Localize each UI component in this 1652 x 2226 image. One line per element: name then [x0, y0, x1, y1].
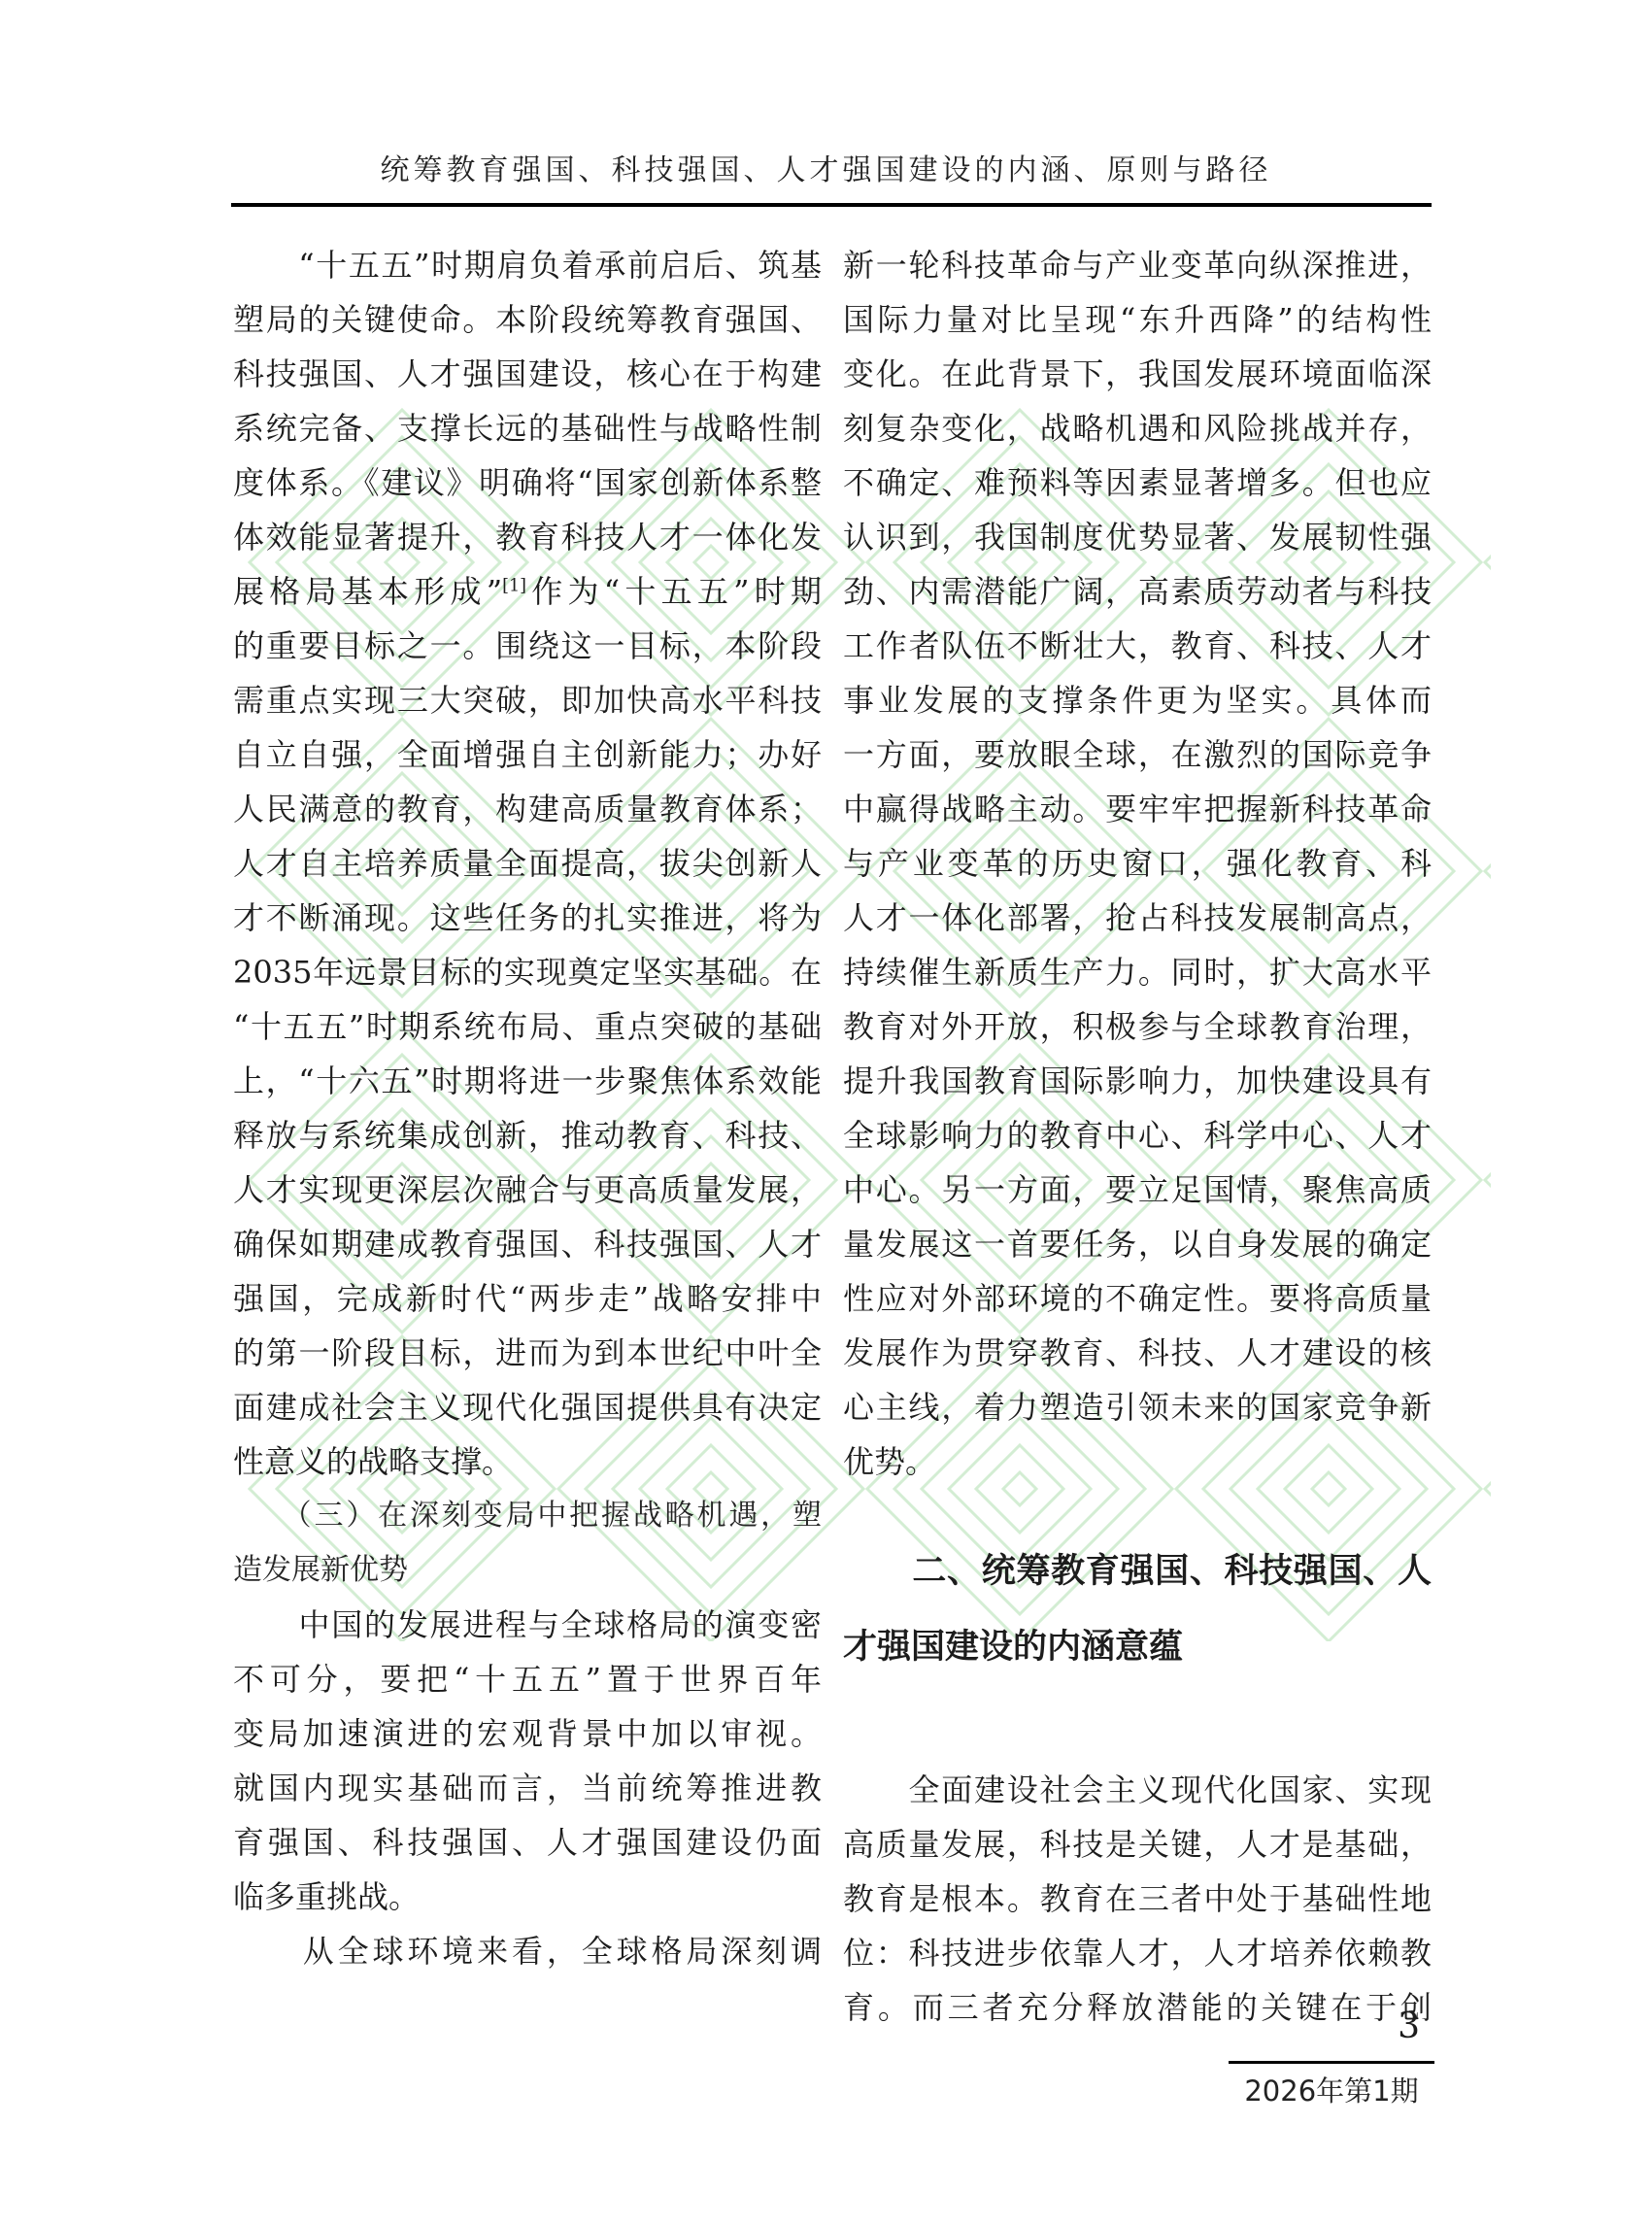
text-line: 面建成社会主义现代化强国提供具有决定 — [233, 1380, 822, 1434]
text-line: 的重要目标之一。围绕这一目标，本阶段 — [233, 619, 822, 673]
text-line: 临多重挑战。 — [233, 1870, 822, 1924]
text-line: 工作者队伍不断壮大，教育、科技、人才 — [843, 619, 1432, 673]
text-line: 就国内现实基础而言，当前统筹推进教 — [233, 1761, 822, 1815]
paragraph-gap — [843, 1685, 1432, 1763]
text-line: 上，“十六五”时期将进一步聚焦体系效能 — [233, 1054, 822, 1108]
text-line: 科技强国、人才强国建设，核心在于构建 — [233, 347, 822, 401]
text-line: 人才实现更深层次融合与更高质量发展， — [233, 1163, 822, 1217]
text-line: 与产业变革的历史窗口，强化教育、科技、 — [843, 836, 1432, 891]
text-line: 提升我国教育国际影响力，加快建设具有 — [843, 1054, 1432, 1108]
text-line: 确保如期建成教育强国、科技强国、人才 — [233, 1217, 822, 1271]
text-line: 人才一体化部署，抢占科技发展制高点， — [843, 891, 1432, 945]
paragraph-gap — [843, 1489, 1432, 1534]
text-line: 持续催生新质生产力。同时，扩大高水平 — [843, 945, 1432, 999]
text-line: 变局加速演进的宏观背景中加以审视。 — [233, 1706, 822, 1761]
text-line: 心主线，着力塑造引领未来的国家竞争新 — [843, 1380, 1432, 1434]
page: 统筹教育强国、科技强国、人才强国建设的内涵、原则与路径 “十五五”时期肩负着承前… — [0, 0, 1652, 2226]
text-line: 认识到，我国制度优势显著、发展韧性强 — [843, 510, 1432, 564]
text-line: 新一轮科技革命与产业变革向纵深推进， — [843, 238, 1432, 292]
footnote-marker: [1] — [502, 576, 526, 595]
text-line: 全球影响力的教育中心、科学中心、人才 — [843, 1108, 1432, 1163]
text-line: 中国的发展进程与全球格局的演变密 — [233, 1598, 822, 1652]
text-line: 的第一阶段目标，进而为到本世纪中叶全 — [233, 1326, 822, 1380]
header-rule — [231, 203, 1432, 207]
text-line: 2035年远景目标的实现奠定坚实基础。在 — [233, 945, 822, 999]
text-line: 刻复杂变化，战略机遇和风险挑战并存， — [843, 401, 1432, 455]
text-line: 性意义的战略支撑。 — [233, 1434, 822, 1489]
issue-label: 2026年第1期 — [1214, 2071, 1449, 2111]
text-line: 一方面，要放眼全球，在激烈的国际竞争 — [843, 727, 1432, 782]
text-line: 变化。在此背景下，我国发展环境面临深 — [843, 347, 1432, 401]
text-line: 教育是根本。教育在三者中处于基础性地 — [843, 1872, 1432, 1926]
text-line: 造发展新优势 — [233, 1543, 822, 1598]
page-header-title: 统筹教育强国、科技强国、人才强国建设的内涵、原则与路径 — [0, 146, 1652, 188]
text-line: 体效能显著提升，教育科技人才一体化发 — [233, 510, 822, 564]
text-line: 人民满意的教育，构建高质量教育体系； — [233, 782, 822, 836]
text-line: 不确定、难预料等因素显著增多。但也应 — [843, 455, 1432, 510]
text-line: 劲、内需潜能广阔，高素质劳动者与科技 — [843, 564, 1432, 619]
text-line: 量发展这一首要任务，以自身发展的确定 — [843, 1217, 1432, 1271]
text-line: （三）在深刻变局中把握战略机遇，塑 — [233, 1489, 822, 1543]
text-line: 二、统筹教育强国、科技强国、人 — [843, 1534, 1432, 1609]
text-line: 塑局的关键使命。本阶段统筹教育强国、 — [233, 292, 822, 347]
text-line: 发展作为贯穿教育、科技、人才建设的核 — [843, 1326, 1432, 1380]
text-line: 不可分，要把“十五五”置于世界百年 — [233, 1652, 822, 1706]
text-line: 展格局基本形成”[1]作为“十五五”时期 — [233, 564, 822, 619]
text-line: 中心。另一方面，要立足国情，聚焦高质 — [843, 1163, 1432, 1217]
text-line: 教育对外开放，积极参与全球教育治理， — [843, 999, 1432, 1054]
text-line: 育强国、科技强国、人才强国建设仍面 — [233, 1815, 822, 1870]
text-line: 高质量发展，科技是关键，人才是基础， — [843, 1817, 1432, 1872]
text-line: “十五五”时期肩负着承前启后、筑基 — [233, 238, 822, 292]
text-line: 优势。 — [843, 1434, 1432, 1489]
text-line: 释放与系统集成创新，推动教育、科技、 — [233, 1108, 822, 1163]
text-line: “十五五”时期系统布局、重点突破的基础 — [233, 999, 822, 1054]
text-line: 从全球环境来看，全球格局深刻调整， — [233, 1924, 822, 1978]
left-column: “十五五”时期肩负着承前启后、筑基塑局的关键使命。本阶段统筹教育强国、科技强国、… — [233, 238, 822, 1978]
text-line: 才不断涌现。这些任务的扎实推进，将为 — [233, 891, 822, 945]
text-line: 性应对外部环境的不确定性。要将高质量 — [843, 1271, 1432, 1326]
text-line: 事业发展的支撑条件更为坚实。具体而言， — [843, 673, 1432, 727]
right-column: 新一轮科技革命与产业变革向纵深推进，国际力量对比呈现“东升西降”的结构性变化。在… — [843, 238, 1432, 2035]
text-line: 强国，完成新时代“两步走”战略安排中 — [233, 1271, 822, 1326]
text-line: 系统完备、支撑长远的基础性与战略性制 — [233, 401, 822, 455]
text-line: 位：科技进步依靠人才，人才培养依赖教 — [843, 1926, 1432, 1980]
text-line: 自立自强，全面增强自主创新能力；办好 — [233, 727, 822, 782]
text-line: 才强国建设的内涵意蕴 — [843, 1609, 1432, 1685]
text-line: 需重点实现三大突破，即加快高水平科技 — [233, 673, 822, 727]
text-line: 中赢得战略主动。要牢牢把握新科技革命 — [843, 782, 1432, 836]
page-number: 3 — [1229, 2007, 1420, 2046]
text-line: 全面建设社会主义现代化国家、实现 — [843, 1763, 1432, 1817]
footer-rule — [1229, 2061, 1434, 2064]
text-line: 国际力量对比呈现“东升西降”的结构性 — [843, 292, 1432, 347]
text-line: 人才自主培养质量全面提高，拔尖创新人 — [233, 836, 822, 891]
text-line: 度体系。《建议》明确将“国家创新体系整 — [233, 455, 822, 510]
